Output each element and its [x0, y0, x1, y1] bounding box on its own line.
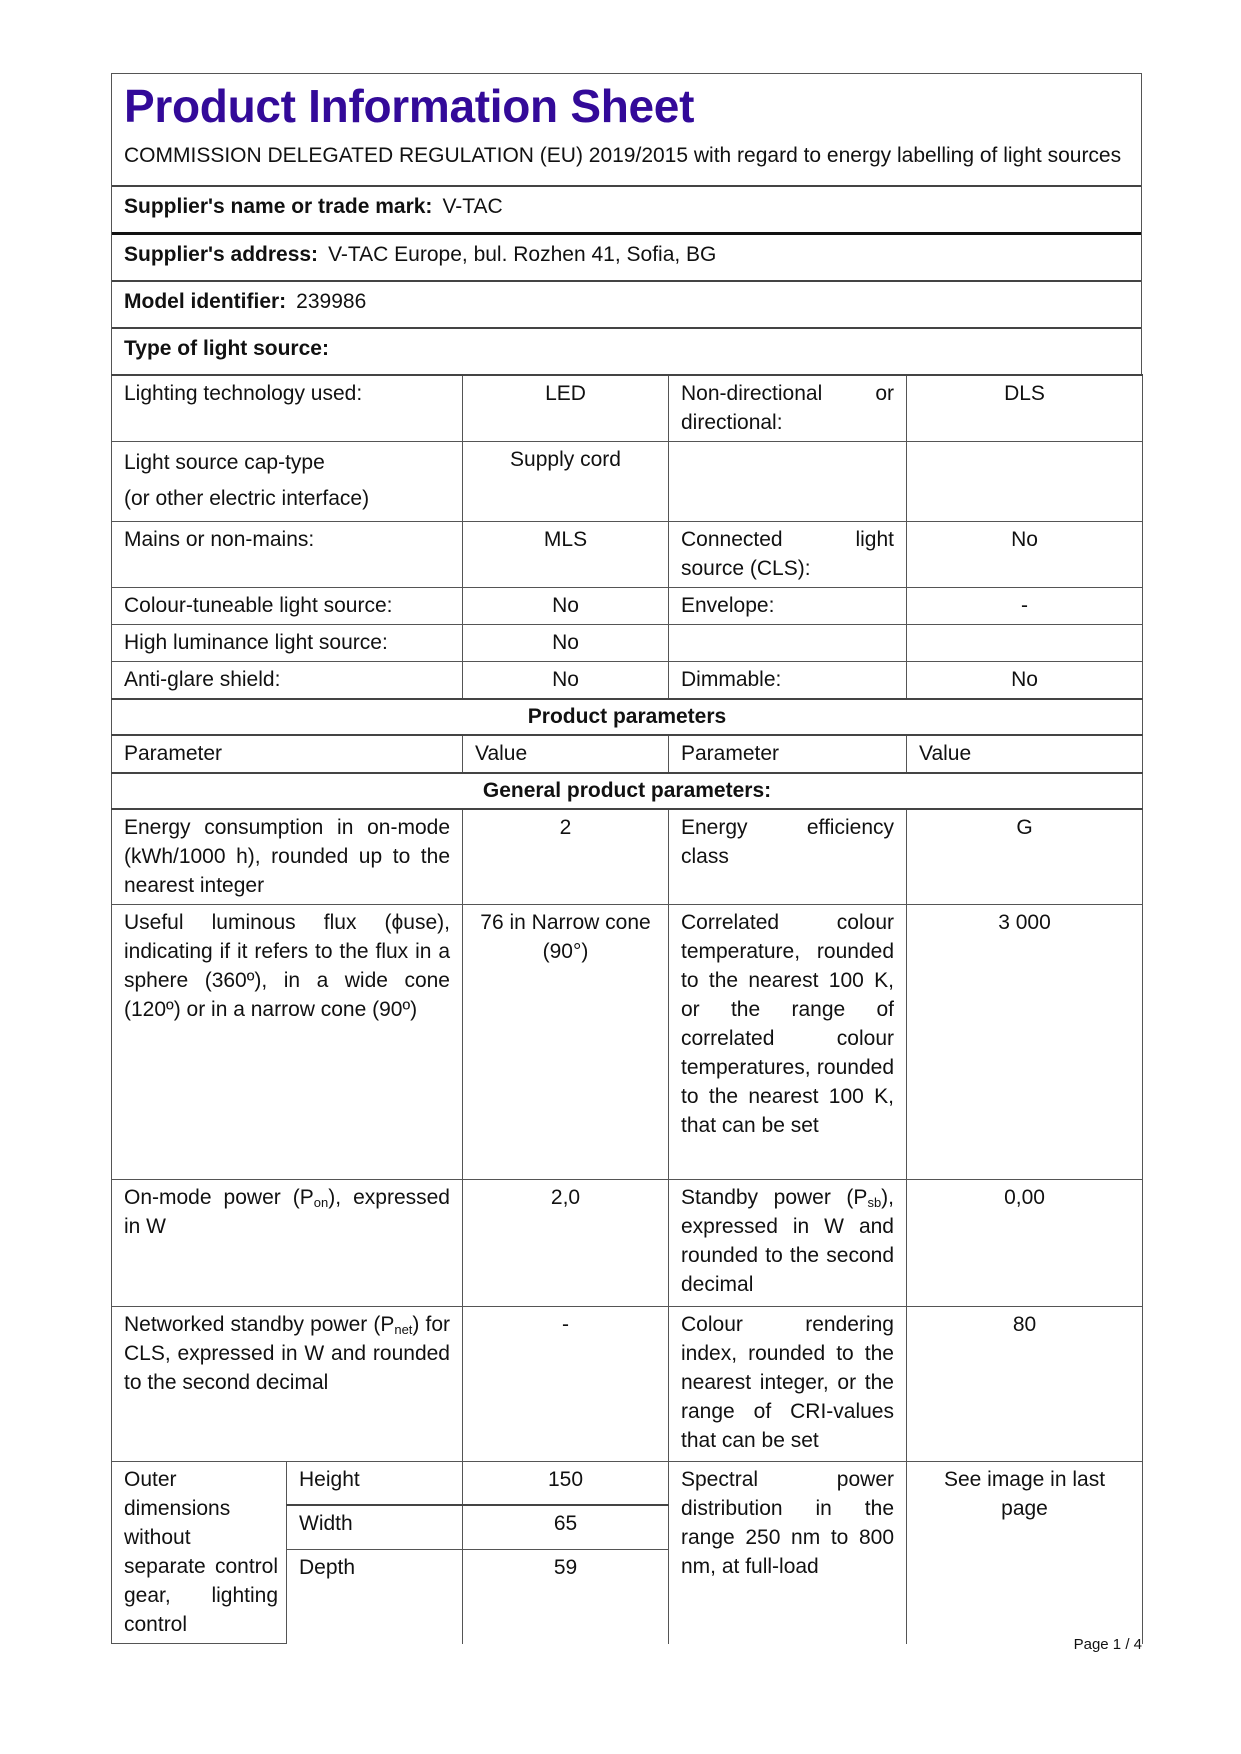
param-label: Networked standby power (Pnet) for CLS, … [112, 1307, 463, 1462]
model-identifier-value: 239986 [296, 290, 366, 313]
dimension-name: Height [287, 1462, 463, 1506]
param-label: Spectral power distribution in the range… [669, 1462, 907, 1644]
param-value: No [907, 522, 1143, 588]
column-header: Parameter [669, 735, 907, 773]
section-row: Product parameters [112, 699, 1143, 735]
product-parameters-heading: Product parameters [112, 699, 1143, 735]
param-label: Mains or non-mains: [112, 522, 463, 588]
column-header: Value [463, 735, 669, 773]
table-row: Energy consumption in on-mode (kWh/1000 … [112, 809, 1143, 905]
param-value: LED [463, 375, 669, 442]
table-row: Networked standby power (Pnet) for CLS, … [112, 1307, 1143, 1462]
param-value: No [463, 625, 669, 662]
parameters-table: Lighting technology used: LED Non-direct… [111, 374, 1143, 1644]
param-value: - [907, 588, 1143, 625]
text-fragment: On-mode power (P [124, 1186, 314, 1209]
dimension-name: Width [287, 1505, 463, 1549]
table-row: High luminance light source: No [112, 625, 1143, 662]
param-label: Anti-glare shield: [112, 662, 463, 700]
param-label: Energy consumption in on-mode (kWh/1000 … [112, 809, 463, 905]
param-label: Standby power (Psb), expressed in W and … [669, 1180, 907, 1307]
param-value: - [463, 1307, 669, 1462]
supplier-name-value: V-TAC [442, 195, 502, 218]
model-identifier-row: Model identifier:239986 [112, 280, 1141, 327]
table-row: Lighting technology used: LED Non-direct… [112, 375, 1143, 442]
param-label: Useful luminous flux (ϕuse), indicating … [112, 905, 463, 1180]
param-value: 0,00 [907, 1180, 1143, 1307]
param-value: 80 [907, 1307, 1143, 1462]
param-label [669, 442, 907, 522]
param-value: Supply cord [463, 442, 669, 522]
param-value: No [907, 662, 1143, 700]
param-label: Energy efficiency class [669, 809, 907, 905]
supplier-address-row: Supplier's address:V-TAC Europe, bul. Ro… [112, 232, 1141, 280]
param-label: Correlated colour temperature, rounded t… [669, 905, 907, 1180]
param-value [907, 625, 1143, 662]
product-information-sheet: Product Information Sheet COMMISSION DEL… [111, 73, 1142, 1644]
param-label-line: (or other electric interface) [124, 481, 450, 517]
general-parameters-heading: General product parameters: [112, 773, 1143, 809]
type-of-light-source-row: Type of light source: [112, 327, 1141, 374]
param-label-line: Light source cap-type [124, 445, 450, 481]
dimension-value: 150 [463, 1462, 669, 1506]
type-of-light-source-label: Type of light source: [124, 337, 329, 360]
subscript: on [314, 1195, 328, 1210]
text-fragment: Standby power (P [681, 1186, 867, 1209]
param-value: See image in last page [907, 1462, 1143, 1644]
param-value: MLS [463, 522, 669, 588]
table-row: Colour-tuneable light source: No Envelop… [112, 588, 1143, 625]
header-box: Product Information Sheet COMMISSION DEL… [111, 73, 1142, 374]
table-row: Useful luminous flux (ϕuse), indicating … [112, 905, 1143, 1180]
param-value: No [463, 588, 669, 625]
table-row: Mains or non-mains: MLS Connected light … [112, 522, 1143, 588]
table-row: Anti-glare shield: No Dimmable: No [112, 662, 1143, 700]
param-label: Lighting technology used: [112, 375, 463, 442]
param-value: No [463, 662, 669, 700]
param-label: On-mode power (Pon), expressed in W [112, 1180, 463, 1307]
param-label: Light source cap-type (or other electric… [112, 442, 463, 522]
supplier-name-row: Supplier's name or trade mark:V-TAC [112, 185, 1141, 232]
text-fragment: Networked standby power (P [124, 1313, 394, 1336]
subscript: sb [867, 1195, 881, 1210]
param-label [669, 625, 907, 662]
param-value [907, 442, 1143, 522]
section-row: General product parameters: [112, 773, 1143, 809]
subscript: net [394, 1322, 412, 1337]
model-identifier-label: Model identifier: [124, 290, 286, 313]
param-label: High luminance light source: [112, 625, 463, 662]
param-value: G [907, 809, 1143, 905]
dimension-value: 59 [463, 1549, 669, 1644]
column-header-row: Parameter Value Parameter Value [112, 735, 1143, 773]
supplier-address-label: Supplier's address: [124, 243, 318, 266]
param-value: 76 in Narrow cone (90°) [463, 905, 669, 1180]
column-header: Value [907, 735, 1143, 773]
dimensions-label: Outer dimensions without separate contro… [112, 1462, 287, 1644]
page-number: Page 1 / 4 [1074, 1636, 1142, 1653]
param-label: Dimmable: [669, 662, 907, 700]
param-value: 2,0 [463, 1180, 669, 1307]
dimension-value: 65 [463, 1505, 669, 1549]
param-value: 3 000 [907, 905, 1143, 1180]
param-label: Colour rendering index, rounded to the n… [669, 1307, 907, 1462]
param-label: Non-directional or directional: [669, 375, 907, 442]
supplier-name-label: Supplier's name or trade mark: [124, 195, 432, 218]
table-row: Light source cap-type (or other electric… [112, 442, 1143, 522]
param-label: Colour-tuneable light source: [112, 588, 463, 625]
supplier-address-value: V-TAC Europe, bul. Rozhen 41, Sofia, BG [328, 243, 716, 266]
table-row: On-mode power (Pon), expressed in W 2,0 … [112, 1180, 1143, 1307]
param-label: Envelope: [669, 588, 907, 625]
param-value: 2 [463, 809, 669, 905]
param-value: DLS [907, 375, 1143, 442]
dimension-row: Outer dimensions without separate contro… [112, 1462, 1143, 1506]
regulation-subtitle: COMMISSION DELEGATED REGULATION (EU) 201… [124, 140, 1129, 171]
page-title: Product Information Sheet [124, 78, 1129, 134]
param-label: Connected light source (CLS): [669, 522, 907, 588]
column-header: Parameter [112, 735, 463, 773]
dimension-name: Depth [287, 1549, 463, 1644]
